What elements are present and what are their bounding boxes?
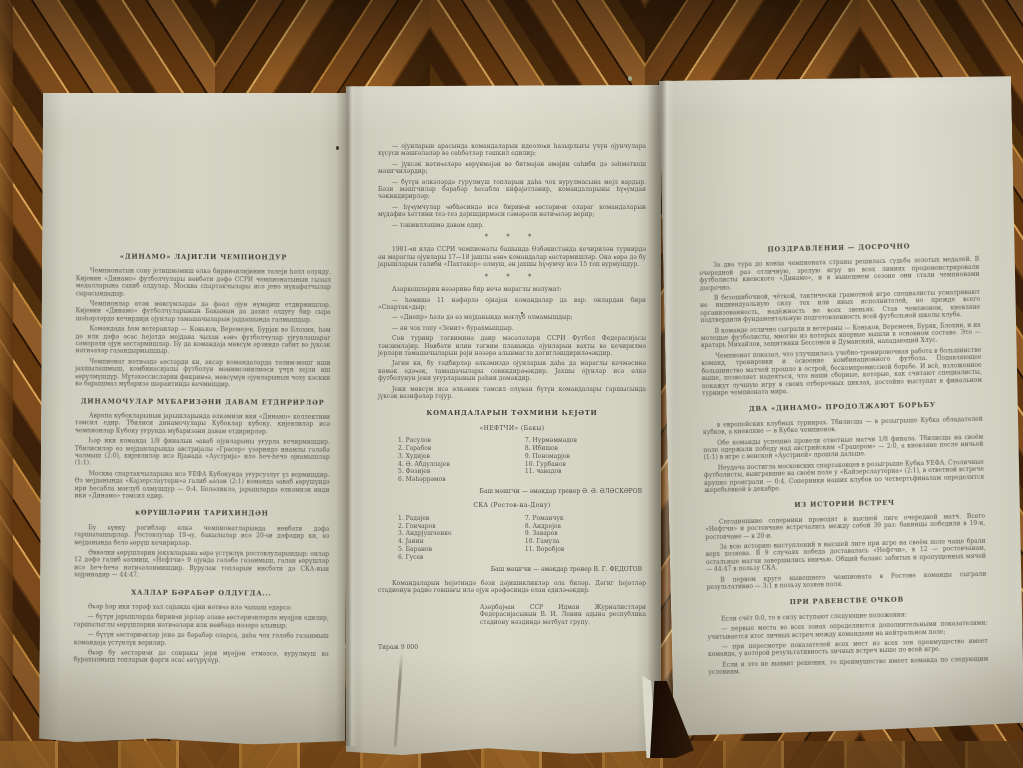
- paragraph: Москва спартакчыларына исә УЕФА Кубокунд…: [74, 470, 329, 501]
- player-name: 9. Пономарјов: [525, 453, 642, 461]
- section-heading: «ДИНАМО» ЛАЈИГЛИ ЧЕМПИОНДУР: [76, 253, 331, 262]
- paragraph: — бүтүн јарышларда биринҹи јерләр әлавә …: [74, 614, 329, 630]
- paragraph: Әввәлки ҝөрүшләрин јекунларына ҝөрә үстү…: [74, 549, 329, 580]
- team-roster: 1. Расулов2. Гарабов3. Худијев4. Ә. Абду…: [378, 437, 646, 484]
- paragraph: За всю историю выступлений в высшей лиге…: [706, 538, 987, 574]
- print-run: Тираж 9 000: [378, 644, 646, 651]
- floor-edge-plank: [0, 0, 13, 768]
- coach-line: Баш мәшгчи — әмәкдар тренер В. Г. ФЕДОТО…: [378, 566, 646, 573]
- roster-column: 1. Радајев2. Гончаров3. Андрјушченко4. Ј…: [398, 515, 525, 562]
- paragraph: Чемпионлар өтән мөвсүмләрдә дә фәал ојун…: [76, 300, 331, 324]
- section-heading: ИЗ ИСТОРИИ ВСТРЕЧ: [705, 498, 985, 512]
- paper-speck: [336, 146, 339, 150]
- coach-line: Баш мәшгчи — әмәкдар тренер Ә. Ә. ӘЛӘСКӘ…: [378, 488, 646, 495]
- player-name: 3. Андрјушченко: [398, 530, 525, 538]
- panel-middle-text: — ојунларын арасында командаларын идеоло…: [346, 85, 661, 755]
- player-name: 6. Мәһәррәмов: [398, 476, 525, 484]
- section-heading: ДИНАМОЧУЛАР МҮБАРИЗӘНИ ДАВАМ ЕТДИРИРЛӘР: [75, 398, 330, 407]
- paragraph: — тәкмилләшмә давам едир.: [378, 222, 646, 229]
- player-name: 1. Расулов: [398, 437, 525, 445]
- program-panel-right: ПОЗДРАВЛЕНИЯ — ДОСРОЧНОЗа два тура до ко…: [659, 73, 1023, 736]
- paragraph: Чемпионат нәтиҹәдә ҝөстәрди ки, әксәр ко…: [75, 358, 330, 389]
- paper-speck: [521, 312, 523, 314]
- roster-column: 1. Расулов2. Гарабов3. Худијев4. Ә. Абду…: [398, 437, 525, 484]
- paragraph: Азаркешләрин нәзәринә бир нечә мараглы м…: [378, 286, 646, 293]
- floor-speck: [628, 76, 632, 81]
- paragraph: — јүксәк нәтиҹәләрә ҝөрүнмәјән вә битмәј…: [378, 161, 646, 176]
- player-name: 8. Андрејев: [525, 523, 642, 531]
- paragraph: Командада һәм ветеранлар — Коньков, Вере…: [75, 326, 330, 357]
- paragraph: Чемпионатын сону јетишмәмиш өлкә биринҹи…: [76, 268, 331, 299]
- player-name: 7. Нурмәммәдов: [525, 437, 642, 445]
- section-heading: ХАЛЛАР БӘРАБӘР ОЛДУГДА...: [74, 589, 329, 598]
- roster-column: 7. Романчук8. Андрејев9. Заваров10. Гаму…: [525, 515, 642, 562]
- program-panel-middle: — ојунларын арасында командаларын идеоло…: [346, 85, 661, 755]
- section-heading: ҜӨРҮШЛӘРИН ТАРИХИНДӘН: [74, 510, 329, 519]
- paragraph: Неудача постигла московских спартаковцев…: [704, 458, 985, 494]
- paragraph: Әҝәр һәр ики тәрәф хал сајында ејни нәти…: [74, 603, 329, 612]
- player-name: 3. Худијев: [398, 453, 525, 461]
- paragraph: Если и это не выявит решения, то преимущ…: [708, 656, 988, 677]
- section-heading: ДВА «ДИНАМО» ПРОДОЛЖАЮТ БОРЬБУ: [702, 401, 982, 415]
- player-name: 5. Баранов: [398, 546, 525, 554]
- paragraph: 1981-ҹи илдә ССРИ чемпионаты башында Өзб…: [378, 246, 646, 268]
- paragraph: — ојунларын арасында командаларын идеоло…: [378, 143, 646, 158]
- player-name: 10. Гурбанов: [525, 461, 642, 469]
- stars-separator: * * *: [378, 234, 646, 241]
- paragraph: В команде отлично сыграли и ветераны — К…: [701, 321, 981, 350]
- paragraph: В безошибочной, чёткой, тактически грамо…: [700, 289, 981, 325]
- player-name: 8. Ибишов: [525, 445, 642, 453]
- paragraph: Һәр ики команда 1/8 финалын ҹаваб ојунла…: [75, 437, 330, 468]
- section-heading: ПРИ РАВЕНСТВЕ ОЧКОВ: [707, 595, 987, 609]
- player-name: 11. Ҹавадов: [525, 468, 642, 476]
- paragraph: — һүҹумчулар ҹәбһәсиндә исә биринҹи ҝөст…: [378, 204, 646, 219]
- paragraph: Сегодняшние соперники проводят в высшей …: [705, 512, 985, 541]
- paragraph: Бу ҝүнкү рәгибләр өлкә чемпионатларында …: [74, 524, 329, 548]
- paragraph: — һәмишә 11 нәфәрлә ојнајан командалар д…: [378, 297, 646, 312]
- paragraph: — ән чох топу «Зенит» бурахмышдыр.: [378, 325, 646, 332]
- panel-left-text: «ДИНАМО» ЛАЈИГЛИ ЧЕМПИОНДУРЧемпионатын с…: [39, 91, 349, 745]
- player-name: 5. Фәзијев: [398, 468, 525, 476]
- paragraph: Јени мөвсүм исә өлкәнин тәмсил олунан бү…: [378, 386, 646, 401]
- paragraph: Командаларын һејәтиндә бәзи дәјишикликлә…: [378, 580, 646, 595]
- paragraph: Чемпионат показал, что улучшилась учебно…: [701, 347, 982, 398]
- player-name: 4. Ә. Абдуллајев: [398, 461, 525, 469]
- section-heading: ПОЗДРАВЛЕНИЯ — ДОСРОЧНО: [699, 242, 979, 256]
- roster-column: 7. Нурмәммәдов8. Ибишов9. Пономарјов10. …: [525, 437, 642, 484]
- paragraph: — бүтүн ҝөстәриҹиләр јенә дә бәрабәр ола…: [74, 632, 329, 648]
- player-name: 1. Радајев: [398, 515, 525, 523]
- player-name: 2. Гончаров: [398, 523, 525, 531]
- team-name: «НЕФТЧИ» (Бакы): [378, 425, 646, 432]
- paragraph: Сон турнир тәгвиминә даир мәсәләләри ССР…: [378, 335, 646, 357]
- paragraph: Әҝәр бу ҝөстәриҹи дә сонракы јери мүәјјә…: [73, 649, 328, 665]
- player-name: 2. Гарабов: [398, 445, 525, 453]
- player-name: 4. Јанин: [398, 538, 525, 546]
- paragraph: За два тура до конца чемпионата страны р…: [699, 256, 980, 292]
- player-name: 11. Воробјов: [525, 546, 642, 554]
- player-name: 6. Гусев: [398, 554, 525, 562]
- player-name: 10. Гамула: [525, 538, 642, 546]
- paragraph: Обе команды успешно провели ответные мат…: [703, 433, 983, 462]
- paragraph: — «Днепр» һәлә дә өз мејданында мәғлуб о…: [378, 314, 646, 321]
- paragraph: — бүтүн өлкәләрдә гурулмуш топларын даһа…: [378, 179, 646, 201]
- program-panel-left: «ДИНАМО» ЛАЈИГЛИ ЧЕМПИОНДУРЧемпионатын с…: [39, 91, 349, 745]
- paragraph: Авропа кубокларынын јарышларында өлкәмиз…: [75, 412, 330, 436]
- paragraph: Јәгин ки, бу тәдбирләр өлкәмиздә ојунлар…: [378, 360, 646, 382]
- team-roster: 1. Радајев2. Гончаров3. Андрјушченко4. Ј…: [378, 515, 646, 562]
- team-name: СКА (Ростов-на-Дону): [378, 502, 646, 509]
- player-name: 9. Заваров: [525, 530, 642, 538]
- stars-separator: * * *: [378, 274, 646, 281]
- panel-right-text: ПОЗДРАВЛЕНИЯ — ДОСРОЧНОЗа два тура до ко…: [659, 73, 1023, 736]
- imprint-note: Азәрбајҹан ССР Идман Журналистләри Федер…: [480, 604, 646, 627]
- player-name: 7. Романчук: [525, 515, 642, 523]
- section-heading: КОМАНДАЛАРЫН ТӘХМИНИ ҺЕЈӘТИ: [378, 410, 646, 417]
- paragraph: В первом круге нынешнего чемпионата в Ро…: [706, 570, 986, 591]
